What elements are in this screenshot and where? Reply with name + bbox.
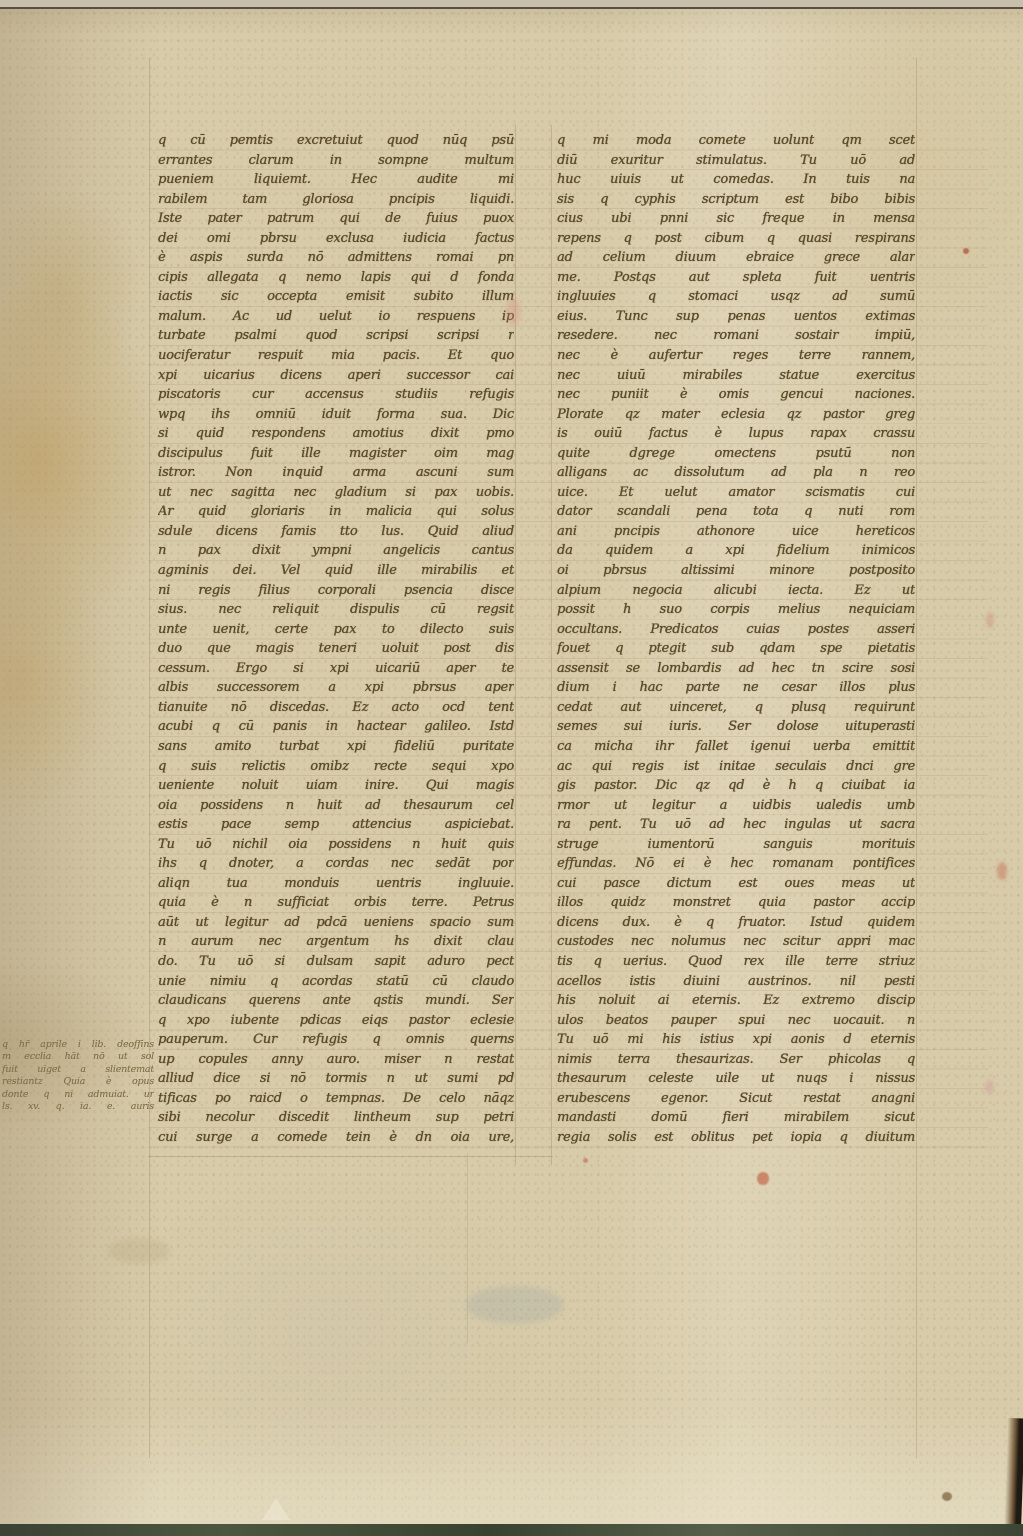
manuscript-line: ls. xv. q. ia. e. auris bbox=[2, 1101, 154, 1113]
ruling-line-vertical-right bbox=[916, 58, 917, 1458]
manuscript-line: restiantz Quia è opus bbox=[2, 1076, 154, 1088]
manuscript-line: wpq ihs omniū iduit forma sua. Dic bbox=[158, 405, 514, 425]
manuscript-line: custodes nec nolumus nec scitur appri ma… bbox=[557, 932, 915, 952]
manuscript-line: diū exuritur stimulatus. Tu uō ad bbox=[557, 151, 915, 171]
manuscript-line: dei omi pbrsu exclusa iudicia factus bbox=[158, 229, 514, 249]
manuscript-line: thesaurum celeste uile ut nuqs i nissus bbox=[557, 1069, 915, 1089]
manuscript-line: pauperum. Cur refugis q omnis querns bbox=[158, 1030, 514, 1050]
manuscript-line: albis successorem a xpi pbrsus aper bbox=[158, 678, 514, 698]
manuscript-line: Iste pater patrum qui de fuius puox bbox=[158, 209, 514, 229]
manuscript-line: q hr̄ aprile i lib. deoffins bbox=[2, 1039, 154, 1051]
manuscript-line: turbate psalmi quod scripsi scripsi r bbox=[158, 326, 514, 346]
manuscript-line: agminis dei. Vel quid ille mirabilis et bbox=[158, 561, 514, 581]
manuscript-line: ac qui regis ist initae seculais dnci gr… bbox=[557, 757, 915, 777]
manuscript-line: sius. nec reliquit dispulis cū regsit bbox=[158, 600, 514, 620]
manuscript-line: up copules anny auro. miser n restat bbox=[158, 1050, 514, 1070]
manuscript-line: ca micha ihr fallet igenui uerba emittit bbox=[557, 737, 915, 757]
manuscript-line: ulos beatos pauper spui nec uocauit. n bbox=[557, 1011, 915, 1031]
manuscript-line: tificas po raicd o tempnas. De celo nāqz bbox=[158, 1089, 514, 1109]
manuscript-line: cessum. Ergo si xpi uicariū aper te bbox=[158, 659, 514, 679]
manuscript-line: si quid respondens amotius dixit pmo bbox=[158, 424, 514, 444]
manuscript-line: piscatoris cur accensus studiis refugis bbox=[158, 385, 514, 405]
manuscript-line: ani pncipis athonore uice hereticos bbox=[557, 522, 915, 542]
pencil-smudge bbox=[466, 1286, 564, 1324]
faint-offset-smudge bbox=[108, 1238, 170, 1264]
manuscript-line: pueniem liquiemt. Hec audite mi bbox=[158, 170, 514, 190]
pink-mark-right-edge-1 bbox=[986, 612, 994, 628]
manuscript-line: sdule dicens famis tto lus. Quid aliud bbox=[158, 522, 514, 542]
manuscript-line: sans amito turbat xpi fideliū puritate bbox=[158, 737, 514, 757]
manuscript-line: duo que magis teneri uoluit post dis bbox=[158, 639, 514, 659]
red-mark-below-text bbox=[757, 1172, 769, 1185]
manuscript-line: uice. Et uelut amator scismatis cui bbox=[557, 483, 915, 503]
manuscript-line: cipis allegata q nemo lapis qui d fonda bbox=[158, 268, 514, 288]
manuscript-line: aūt ut legitur ad pdcā ueniens spacio su… bbox=[158, 913, 514, 933]
manuscript-line: semes sui iuris. Ser dolose uituperasti bbox=[557, 717, 915, 737]
manuscript-line: nec è aufertur reges terre rannem, bbox=[557, 346, 915, 366]
manuscript-line: dicens dux. è q fruator. Istud quidem bbox=[557, 913, 915, 933]
manuscript-line: unie nimiu q acordas statū cū claudo bbox=[158, 972, 514, 992]
manuscript-line: discipulus fuit ille magister oim mag bbox=[158, 444, 514, 464]
manuscript-line: malum. Ac ud uelut io respuens ip bbox=[158, 307, 514, 327]
manuscript-line: cedat aut uinceret, q plusq requirunt bbox=[557, 698, 915, 718]
manuscript-line: mandasti domū fieri mirabilem sicut bbox=[557, 1108, 915, 1128]
manuscript-line: quia è n sufficiat orbis terre. Petrus bbox=[158, 893, 514, 913]
manuscript-line: fouet q ptegit sub qdam spe pietatis bbox=[557, 639, 915, 659]
manuscript-line: erubescens egenor. Sicut restat anagni bbox=[557, 1089, 915, 1109]
manuscript-line: nec uiuū mirabiles statue exercitus bbox=[557, 366, 915, 386]
manuscript-line: fuit uiget a slientemat bbox=[2, 1064, 154, 1076]
manuscript-line: iactis sic occepta emisit subito illum bbox=[158, 287, 514, 307]
manuscript-line: Tu uō nichil oia possidens n huit quis bbox=[158, 835, 514, 855]
ruling-line-vertical-gap-left bbox=[515, 125, 516, 1165]
manuscript-line: donte q ni admuiat. ur bbox=[2, 1089, 154, 1101]
text-column-left: q cū pemtis excretuiut quod nūq psūerran… bbox=[158, 131, 514, 1147]
brown-spot-bottom bbox=[942, 1492, 952, 1501]
manuscript-line: unte uenit, certe pax to dilecto suis bbox=[158, 620, 514, 640]
manuscript-line: sibi necolur discedit lintheum sup petri bbox=[158, 1108, 514, 1128]
manuscript-line: ueniente noluit uiam inire. Qui magis bbox=[158, 776, 514, 796]
manuscript-line: m ecclia hāt nō ut sol bbox=[2, 1051, 154, 1063]
manuscript-line: alligans ac dissolutum ad pla n reo bbox=[557, 463, 915, 483]
manuscript-line: struge iumentorū sanguis morituis bbox=[557, 835, 915, 855]
manuscript-line: uociferatur respuit mia pacis. Et quo bbox=[158, 346, 514, 366]
manuscript-line: tis q uerius. Quod rex ille terre striuz bbox=[557, 952, 915, 972]
manuscript-line: istror. Non inquid arma ascuni sum bbox=[158, 463, 514, 483]
ruling-line-vertical-gap-right bbox=[551, 125, 552, 1165]
parchment-crease bbox=[262, 1498, 290, 1520]
manuscript-line: Tu uō mi his istius xpi aonis d eternis bbox=[557, 1030, 915, 1050]
manuscript-line: acellos istis diuini austrinos. nil pest… bbox=[557, 972, 915, 992]
manuscript-line: nec puniit è omis gencui naciones. bbox=[557, 385, 915, 405]
manuscript-line: sis q cyphis scriptum est bibo bibis bbox=[557, 190, 915, 210]
manuscript-line: q mi moda comete uolunt qm scet bbox=[557, 131, 915, 151]
ruling-line-vertical-left bbox=[149, 58, 150, 1458]
manuscript-line: illos quidz monstret quia pastor accip bbox=[557, 893, 915, 913]
manuscript-page: q cū pemtis excretuiut quod nūq psūerran… bbox=[0, 0, 1023, 1536]
manuscript-line: assensit se lombardis ad hec tn scire so… bbox=[557, 659, 915, 679]
manuscript-line: me. Postqs aut spleta fuit uentris bbox=[557, 268, 915, 288]
ruling-line-below-text bbox=[148, 1156, 553, 1157]
manuscript-line: claudicans querens ante qstis mundi. Ser bbox=[158, 991, 514, 1011]
page-top-edge bbox=[0, 0, 1023, 9]
manuscript-line: rabilem tam gloriosa pncipis liquidi. bbox=[158, 190, 514, 210]
manuscript-line: xpi uicarius dicens aperi successor cai bbox=[158, 366, 514, 386]
manuscript-line: ut nec sagitta nec gladium si pax uobis. bbox=[158, 483, 514, 503]
manuscript-line: oia possidens n huit ad thesaurum cel bbox=[158, 796, 514, 816]
manuscript-line: ad celium diuum ebraice grece alar bbox=[557, 248, 915, 268]
manuscript-line: q xpo iubente pdicas eiqs pastor eclesie bbox=[158, 1011, 514, 1031]
manuscript-line: resedere. nec romani sostair impiū, bbox=[557, 326, 915, 346]
manuscript-line: possit h suo corpis melius nequiciam bbox=[557, 600, 915, 620]
manuscript-line: dium i hac parte ne cesar illos plus bbox=[557, 678, 915, 698]
text-column-right: q mi moda comete uolunt qm scetdiū exuri… bbox=[557, 131, 915, 1147]
manuscript-line: do. Tu uō si dulsam sapit aduro pect bbox=[158, 952, 514, 972]
manuscript-line: estis pace semp attencius aspiciebat. bbox=[158, 815, 514, 835]
manuscript-line: Ar quid gloriaris in malicia qui solus bbox=[158, 502, 514, 522]
manuscript-line: ingluuies q stomaci usqz ad sumū bbox=[557, 287, 915, 307]
pink-mark-right-edge-3 bbox=[985, 1080, 994, 1094]
manuscript-line: aliqn tua monduis uentris ingluuie. bbox=[158, 874, 514, 894]
manuscript-line: cui surge a comede tein è dn oia ure, bbox=[158, 1128, 514, 1148]
margin-gloss: q hr̄ aprile i lib. deoffinsm ecclia hāt… bbox=[2, 1039, 154, 1113]
manuscript-line: huc uiuis ut comedas. In tuis na bbox=[557, 170, 915, 190]
manuscript-line: cius ubi pnni sic freque in mensa bbox=[557, 209, 915, 229]
page-corner-shadow bbox=[991, 1418, 1023, 1527]
manuscript-line: regia solis est oblitus pet iopia q diui… bbox=[557, 1128, 915, 1148]
manuscript-line: eius. Tunc sup penas uentos extimas bbox=[557, 307, 915, 327]
manuscript-line: è aspis surda nō admittens romai pn bbox=[158, 248, 514, 268]
manuscript-line: oi pbrsus altissimi minore postposito bbox=[557, 561, 915, 581]
red-dot-right-margin bbox=[963, 248, 969, 254]
manuscript-line: q cū pemtis excretuiut quod nūq psū bbox=[158, 131, 514, 151]
manuscript-line: is ouiū factus è lupus rapax crassu bbox=[557, 424, 915, 444]
manuscript-line: gis pastor. Dic qz qd è h q ciuibat ia bbox=[557, 776, 915, 796]
manuscript-line: repens q post cibum q quasi respirans bbox=[557, 229, 915, 249]
red-dot-below-text-2 bbox=[583, 1158, 588, 1163]
manuscript-line: Plorate qz mater eclesia qz pastor greg bbox=[557, 405, 915, 425]
manuscript-line: acubi q cū panis in hactear galileo. Ist… bbox=[158, 717, 514, 737]
manuscript-line: quite dgrege omectens psutū non bbox=[557, 444, 915, 464]
manuscript-line: his noluit ai eternis. Ez extremo discip bbox=[557, 991, 915, 1011]
manuscript-line: ihs q dnoter, a cordas nec sedāt por bbox=[158, 854, 514, 874]
manuscript-line: ra pent. Tu uō ad hec ingulas ut sacra bbox=[557, 815, 915, 835]
page-bottom-edge bbox=[0, 1524, 1023, 1536]
manuscript-line: tianuite nō discedas. Ez acto ocd tent bbox=[158, 698, 514, 718]
manuscript-line: dator scandali pena tota q nuti rom bbox=[557, 502, 915, 522]
manuscript-line: nimis terra thesaurizas. Ser phicolas q bbox=[557, 1050, 915, 1070]
manuscript-line: alliud dice si nō tormis n ut sumi pd bbox=[158, 1069, 514, 1089]
manuscript-line: n aurum nec argentum hs dixit clau bbox=[158, 932, 514, 952]
manuscript-line: alpium negocia alicubi iecta. Ez ut bbox=[557, 581, 915, 601]
manuscript-line: cui pasce dictum est oues meas ut bbox=[557, 874, 915, 894]
manuscript-line: ni regis filius corporali psencia disce bbox=[158, 581, 514, 601]
manuscript-line: rmor ut legitur a uidbis ualedis umb bbox=[557, 796, 915, 816]
manuscript-line: effundas. Nō ei è hec romanam pontifices bbox=[557, 854, 915, 874]
manuscript-line: errantes clarum in sompne multum bbox=[158, 151, 514, 171]
ruling-line-vertical-lower bbox=[467, 1153, 468, 1343]
manuscript-line: q suis relictis omibz recte sequi xpo bbox=[158, 757, 514, 777]
manuscript-line: da quidem a xpi fidelium inimicos bbox=[557, 541, 915, 561]
red-mark-right-edge-2 bbox=[997, 862, 1007, 880]
manuscript-line: n pax dixit ympni angelicis cantus bbox=[158, 541, 514, 561]
manuscript-line: occultans. Predicatos cuias postes asser… bbox=[557, 620, 915, 640]
